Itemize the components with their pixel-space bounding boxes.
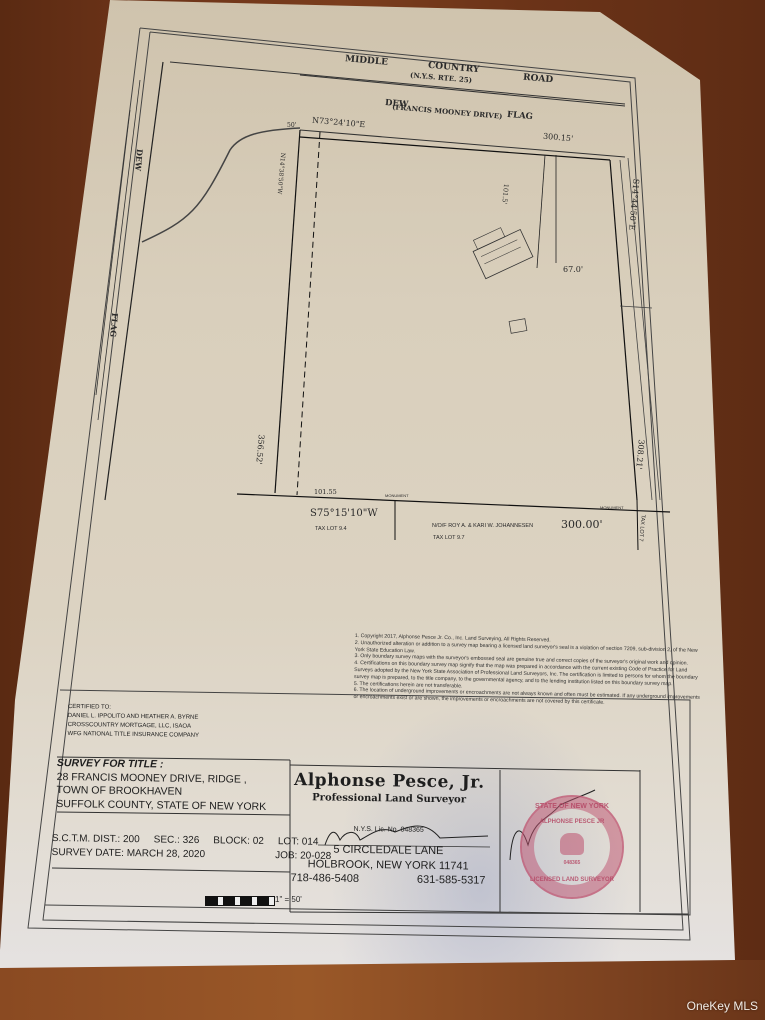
seal-emblem-icon — [560, 833, 584, 855]
sctm-sec: SEC.: 326 — [154, 833, 200, 848]
surveyor-block: Alphonse Pesce, Jr. Professional Land Su… — [290, 770, 487, 887]
survey-date: SURVEY DATE: MARCH 28, 2020 — [52, 846, 206, 862]
left-road-flag: FLAG — [108, 312, 120, 337]
certified-line: WFG NATIONAL TITLE INSURANCE COMPANY — [67, 730, 199, 741]
survey-notes: 1. Copyright 2017, Alphonse Pesce Jr. Co… — [353, 633, 704, 709]
distance-south: 300.00' — [561, 518, 603, 531]
inner-dimension-2: 67.0' — [563, 265, 583, 274]
street-label-flag: FLAG — [507, 110, 534, 122]
sctm-info: S.C.T.M. DIST.: 200 SEC.: 326 BLOCK: 02 … — [52, 832, 332, 864]
watermark: OneKey MLS — [687, 999, 758, 1013]
survey-paper: MIDDLE COUNTRY ROAD (N.Y.S. RTE. 25) DEW… — [0, 0, 765, 1020]
surveyor-phone-1: 718-486-5408 — [290, 872, 359, 885]
table-surface — [0, 960, 765, 1020]
seal-bottom-text: LICENSED LAND SURVEYOR — [522, 877, 622, 883]
seal-name-text: ALPHONSE PESCE JR — [522, 819, 622, 825]
sctm-dist: S.C.T.M. DIST.: 200 — [52, 832, 140, 847]
bearing-south: S75°15'10"W — [310, 508, 378, 519]
certified-to: CERTIFIED TO: DANIEL L. IPPOLITO AND HEA… — [67, 703, 199, 741]
seal-number-text: 048365 — [522, 860, 622, 866]
surveyor-license: N.Y.S. Lic. No. 048365 — [291, 825, 486, 835]
surveyor-name: Alphonse Pesce, Jr. — [292, 770, 487, 793]
top-partial-dim: 50' — [287, 122, 296, 129]
monument-label-right: MONUMENT — [600, 505, 624, 510]
scale-bar — [205, 896, 275, 906]
scale-label: 1" = 50' — [275, 895, 302, 904]
left-road-dew: DEW — [133, 149, 145, 172]
distance-south-partial: 101.55 — [314, 488, 337, 496]
tax-lot-left: TAX LOT 9.4 — [315, 526, 347, 532]
seal-top-text: STATE OF NEW YORK — [522, 803, 622, 810]
surveyor-phone-2: 631-585-5317 — [417, 874, 486, 887]
surveyor-role: Professional Land Surveyor — [292, 792, 487, 806]
surveyor-seal: STATE OF NEW YORK ALPHONSE PESCE JR 0483… — [520, 795, 624, 899]
monument-label: MONUMENT — [385, 493, 409, 498]
sctm-block: BLOCK: 02 — [213, 834, 264, 849]
survey-for-title: SURVEY FOR TITLE : 28 FRANCIS MOONEY DRI… — [56, 757, 287, 815]
tax-lot-south: TAX LOT 9.7 — [433, 535, 465, 541]
adjacent-owner-south: N/O/F ROY A. & KARI W. JOHANNESEN — [432, 523, 533, 529]
